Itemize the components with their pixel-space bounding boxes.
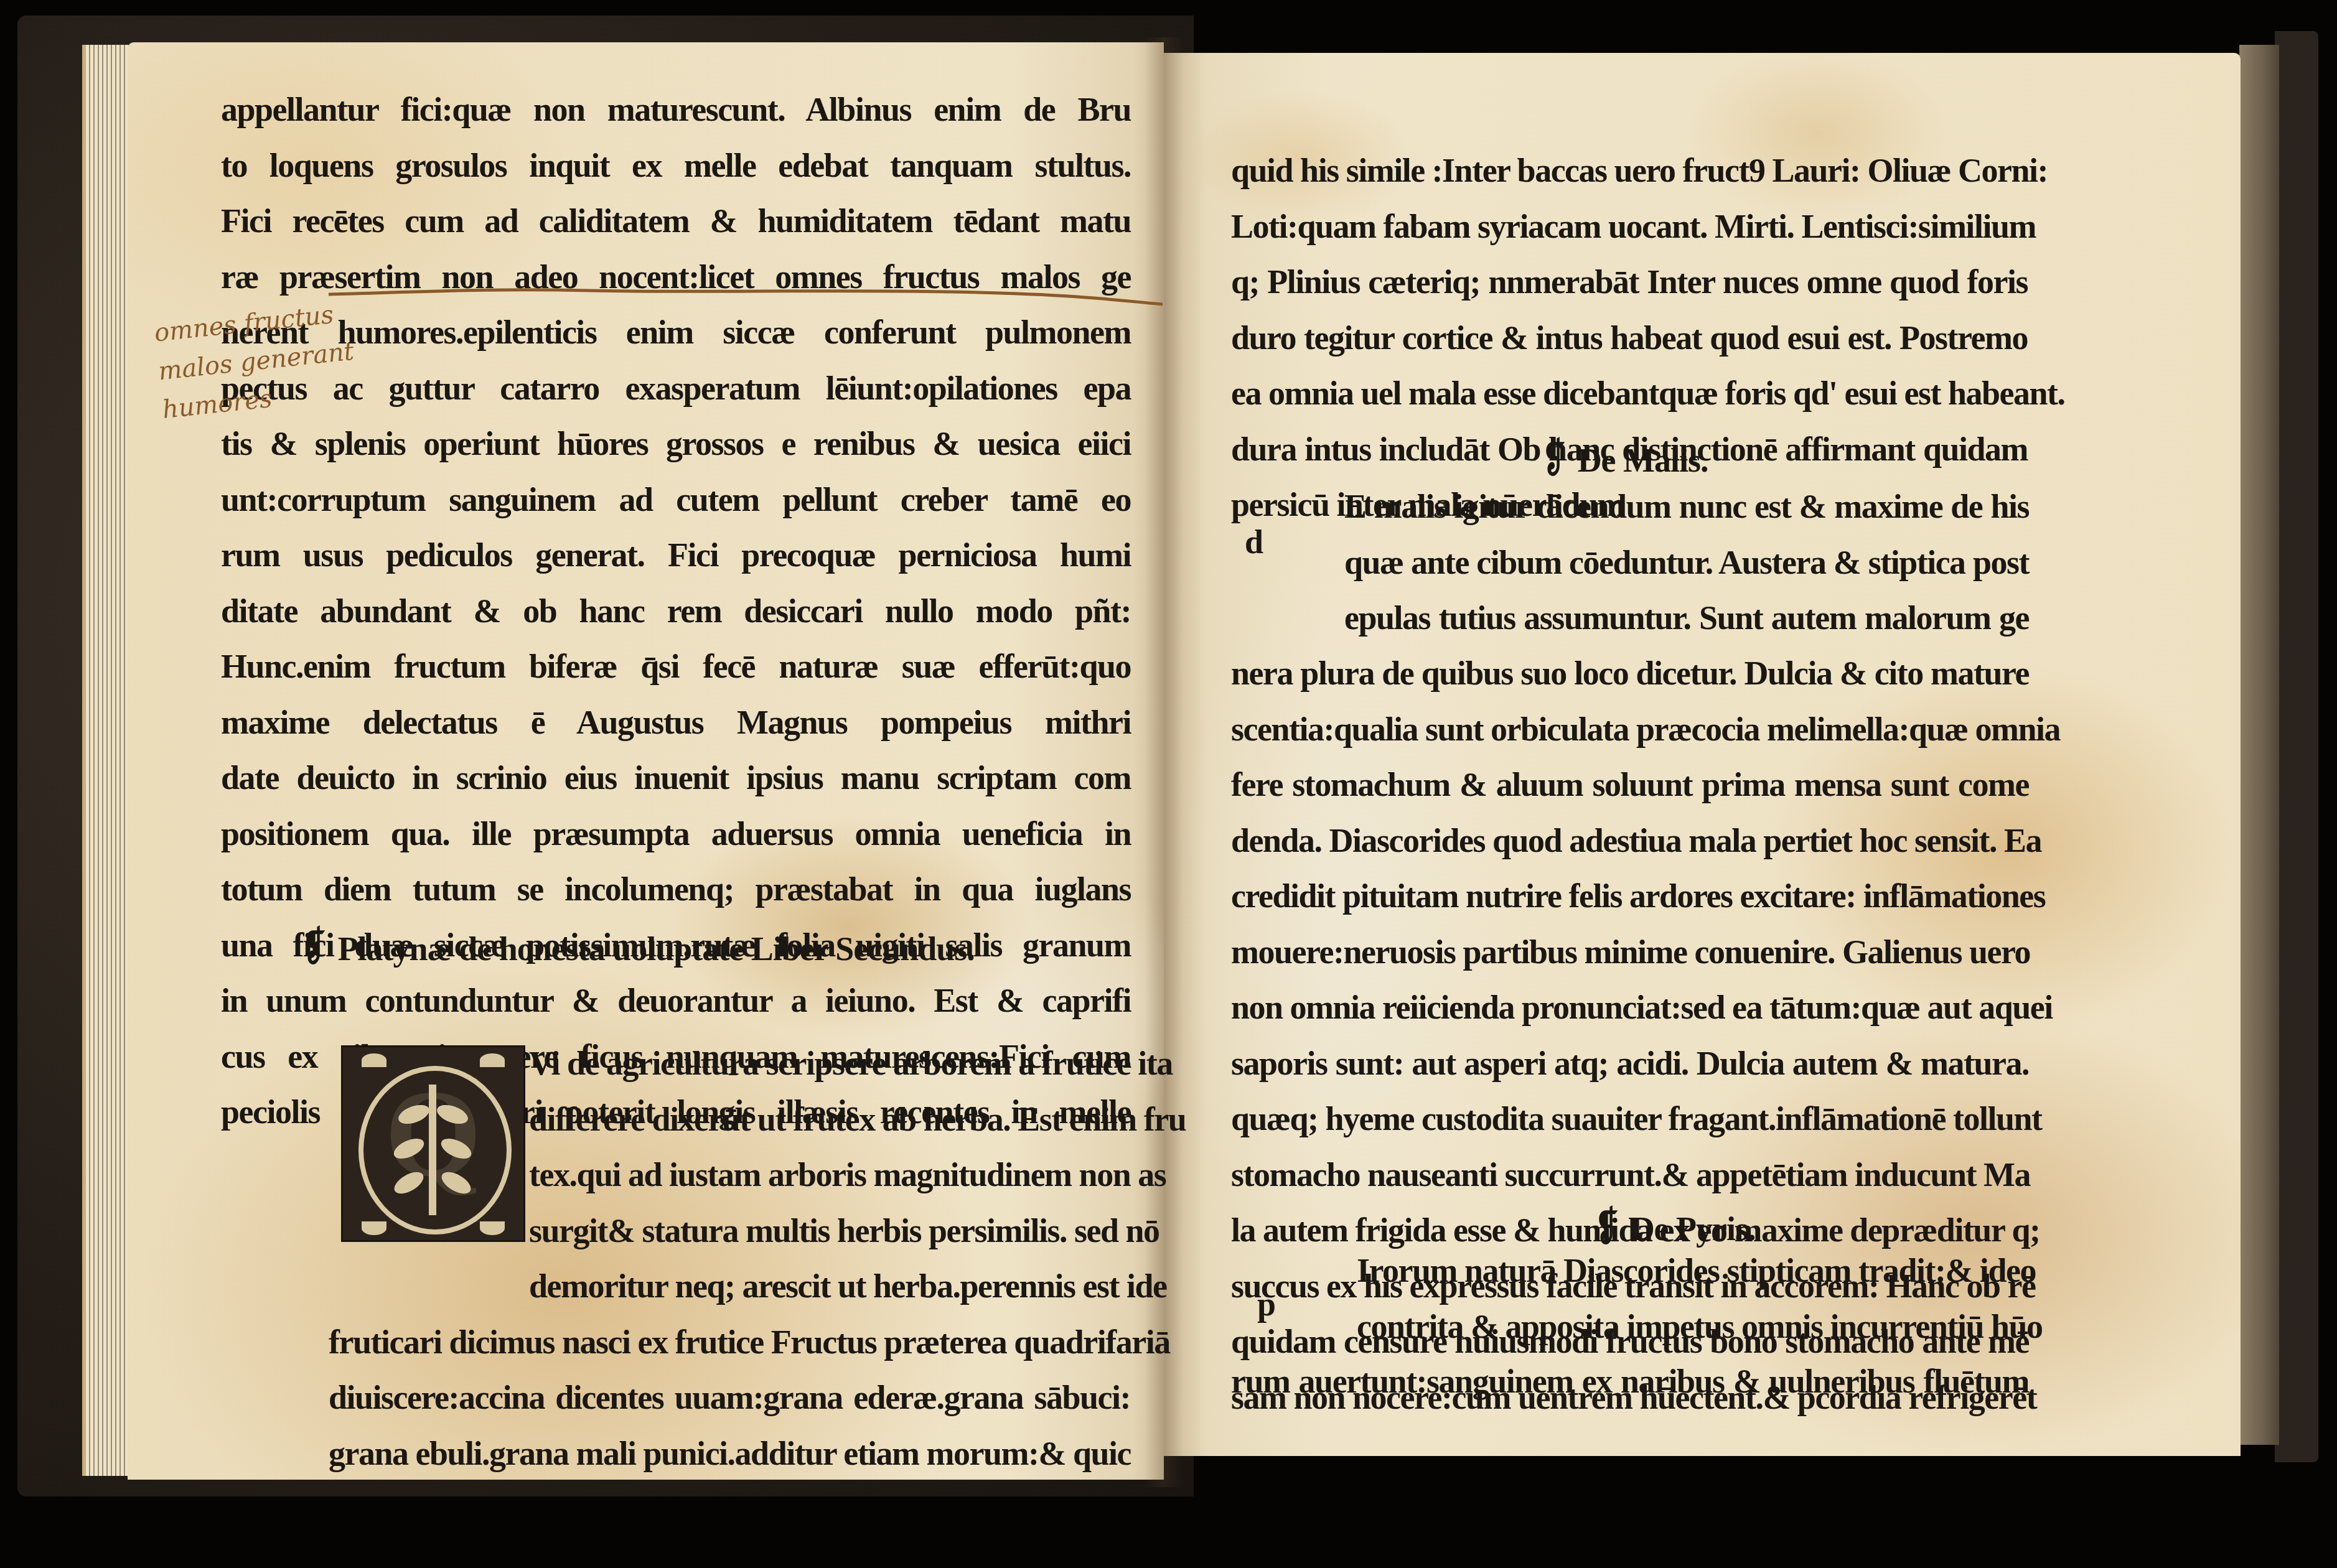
text-line: in unum contunduntur & deuorantur a ieiu… bbox=[221, 973, 1131, 1029]
text-line: surgit& statura multis herbis persimilis… bbox=[529, 1203, 1130, 1259]
ornament bbox=[362, 1221, 386, 1235]
text-line: Vi de agricultura scripsere arborem a fr… bbox=[529, 1036, 1130, 1092]
ornament bbox=[362, 1053, 386, 1067]
text-line: diuiscere:accina dicentes uuam:grana ede… bbox=[329, 1370, 1130, 1426]
text-line: differere dixerūt ut frutex ab herba. Es… bbox=[529, 1092, 1130, 1148]
text-line: epulas tutius assumuntur. Sunt autem mal… bbox=[1344, 590, 2029, 646]
text-line: positionem qua. ille præsumpta aduersus … bbox=[221, 806, 1131, 862]
text-line: ditate abundant & ob hanc rem desiccari … bbox=[221, 584, 1131, 640]
text-line: quæq; hyeme custodita suauiter fragant.i… bbox=[1231, 1091, 2029, 1147]
text-line: date deuicto in scrinio eius inuenit ips… bbox=[221, 750, 1131, 806]
ornament bbox=[480, 1053, 505, 1067]
text-line: E malis igitur dicendum nunc est & maxim… bbox=[1344, 479, 2029, 535]
text-line: appellantur fici:quæ non maturescunt. Al… bbox=[221, 82, 1131, 138]
text-line: q; Plinius cæteriq; nnmerabāt Inter nuce… bbox=[1231, 254, 2028, 310]
text-line: tis & splenis operiunt hūores grossos e … bbox=[221, 416, 1131, 472]
text-line: stomacho nauseanti succurrunt.& appetēti… bbox=[1231, 1147, 2029, 1203]
book-cover-right bbox=[2275, 31, 2318, 1462]
section-heading-de-malis: ❡De Malis. bbox=[1537, 436, 1708, 482]
text-line: credidit pituitam nutrire felis ardores … bbox=[1231, 869, 2029, 925]
left-page-paragraph-indented: Vi de agricultura scripsere arborem a fr… bbox=[529, 1036, 1130, 1259]
text-line: quid his simile :Inter baccas uero fruct… bbox=[1231, 143, 2028, 199]
section-mark-icon: ❡ bbox=[1542, 436, 1565, 482]
right-page-paragraph-de-malis-indented: E malis igitur dicendum nunc est & maxim… bbox=[1344, 479, 2029, 646]
text-line: totum diem tutum se incolumenq; præstaba… bbox=[221, 862, 1131, 918]
text-line: mouere:neruosis partibus minime conuenir… bbox=[1231, 925, 2029, 981]
handwritten-marginal-note: omnes fructus malos generant humores bbox=[152, 294, 363, 429]
text-line: demoritur neq; arescit ut herba.perennis… bbox=[329, 1259, 1130, 1315]
text-line: saporis sunt: aut asperi atq; acidi. Dul… bbox=[1231, 1036, 2029, 1092]
text-line: scentia:qualia sunt orbiculata præcocia … bbox=[1231, 702, 2029, 758]
text-line: nera plura de quibus suo loco dicetur. D… bbox=[1231, 646, 2029, 702]
text-line: fere stomachum & aluum soluunt prima men… bbox=[1231, 757, 2029, 813]
guide-letter: d bbox=[1245, 523, 1263, 561]
text-line: contrita & apposita impetus omnis incurr… bbox=[1357, 1299, 2029, 1355]
text-line: to loquens grosulos inquit ex melle edeb… bbox=[221, 138, 1131, 194]
text-line: Hunc.enim fructum biferæ q̄si fecē natur… bbox=[221, 639, 1131, 695]
text-line: nerent humores.epilenticis enim siccæ co… bbox=[221, 305, 1131, 361]
woodcut-initial-letter: Q bbox=[341, 1045, 525, 1242]
ornament bbox=[480, 1221, 505, 1235]
section-heading-text: De Malis. bbox=[1578, 442, 1708, 479]
text-line: fruticari dicimus nasci ex frutice Fruct… bbox=[329, 1315, 1130, 1371]
section-heading-text: Platynæ de honesta uoluptate Liber Secun… bbox=[338, 930, 975, 968]
text-line: maxime delectatus ē Augustus Magnus pomp… bbox=[221, 695, 1131, 751]
text-line: grana ebuli.grana mali punici.additur et… bbox=[329, 1426, 1130, 1482]
section-heading-liber-secundus: ❡Platynæ de honesta uoluptate Liber Secu… bbox=[297, 924, 975, 970]
text-line: quæ ante cibum cōeduntur. Austera & stip… bbox=[1344, 535, 2029, 591]
text-line: Fici recētes cum ad caliditatem & humidi… bbox=[221, 194, 1131, 250]
page-edges-right bbox=[2239, 45, 2279, 1445]
text-line: duro tegitur cortice & intus habeat quod… bbox=[1231, 310, 2028, 366]
text-line: rum usus pediculos generat. Fici precoqu… bbox=[221, 528, 1131, 584]
right-page-paragraph-de-pyris: rum auertunt:sanguinem ex naribus & uuln… bbox=[1231, 1354, 2029, 1410]
manuscript-underline bbox=[329, 283, 1163, 308]
text-line: rum auertunt:sanguinem ex naribus & uuln… bbox=[1231, 1354, 2029, 1410]
left-page-paragraph-full: demoritur neq; arescit ut herba.perennis… bbox=[329, 1259, 1130, 1482]
text-line: Loti:quam fabam syriacam uocant. Mirti. … bbox=[1231, 199, 2028, 255]
right-page-paragraph-de-pyris-indented: Irorum naturā Diascorides stipticam trad… bbox=[1357, 1243, 2029, 1355]
section-heading-text: De Pyris. bbox=[1631, 1210, 1756, 1248]
section-mark-icon: ❡ bbox=[302, 924, 325, 970]
left-page-main-text: appellantur fici:quæ non maturescunt. Al… bbox=[221, 82, 1131, 1141]
text-line: non omnia reiicienda pronunciat:sed ea t… bbox=[1231, 980, 2029, 1036]
text-line: denda. Diascorides quod adestiua mala pe… bbox=[1231, 813, 2029, 869]
woodcut-plant-stem bbox=[429, 1085, 436, 1215]
text-line: tex.qui ad iustam arboris magnitudinem n… bbox=[529, 1147, 1130, 1203]
text-line: ea omnia uel mala esse dicebantquæ foris… bbox=[1231, 366, 2028, 422]
guide-letter: p bbox=[1257, 1285, 1276, 1323]
text-line: unt:corruptum sanguinem ad cutem pellunt… bbox=[221, 472, 1131, 528]
text-line: Irorum naturā Diascorides stipticam trad… bbox=[1357, 1243, 2029, 1299]
